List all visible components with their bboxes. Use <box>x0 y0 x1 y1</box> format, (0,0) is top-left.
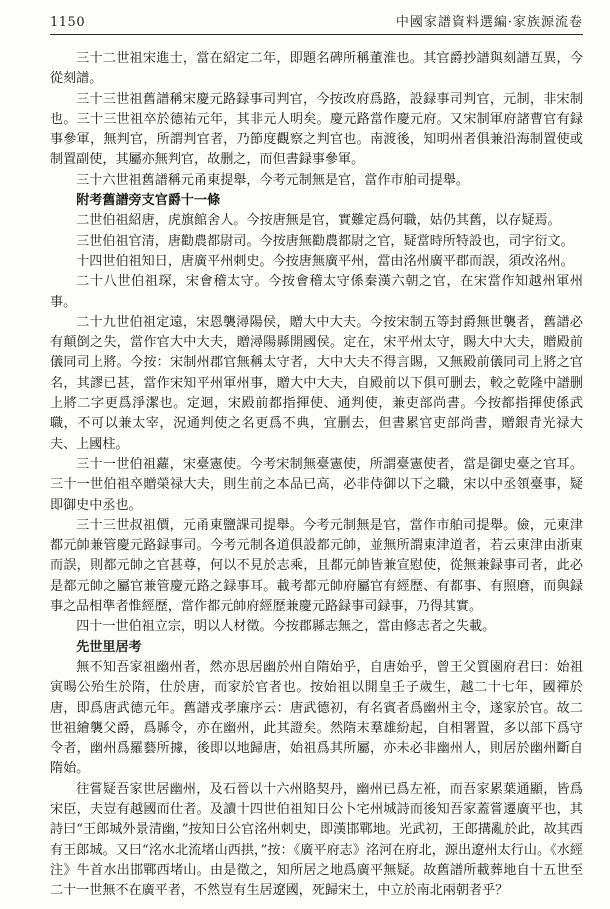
page-header: 1150 中國家譜資料選編·家族源流卷 <box>50 15 583 30</box>
section-heading: 先世里居考 <box>50 638 583 658</box>
paragraph: 十四世伯祖知日，唐廣平州刺史。今按唐無廣平州，當由洺州廣平郡而誤，須改洺州。 <box>50 252 583 272</box>
paragraph: 二十八世伯祖琛，宋會稽太守。今按會稽太守係秦漢六朝之官，在宋當作知越州軍州事。 <box>50 272 583 313</box>
paragraph: 三十三世祖舊譜稱宋慶元路録事司判官，今按改府爲路，設録事司判官，元制，非宋制也。… <box>50 90 583 171</box>
book-title: 中國家譜資料選編·家族源流卷 <box>396 15 583 30</box>
paragraph: 無不知吾家祖幽州者，然亦思居幽於州自隋始乎，自唐始乎，曾王父質園府君曰：始祖寅暘… <box>50 658 583 780</box>
page-body: 三十二世祖宋進士，當在紹定二年，即題名碑所稱董淮也。其官爵抄譜與刻譜互異，今從刻… <box>50 49 583 901</box>
paragraph: 三十六世祖舊譜稱元甬東提舉，今考元制無是官，當作市舶司提舉。 <box>50 171 583 191</box>
paragraph: 三十三世叔祖價，元甬東鹽課司提舉。今考元制無是官，當作市舶司提舉。儉，元東津都元… <box>50 516 583 617</box>
section-heading: 附考舊譜旁支官爵十一條 <box>50 191 583 211</box>
header-rule <box>50 34 583 35</box>
paragraph: 二十九世伯祖定遠，宋恩襲潯陽侯，贈大中大夫。今按宋制五等封爵無世襲者，舊譜必有顛… <box>50 313 583 455</box>
book-page: 1150 中國家譜資料選編·家族源流卷 三十二世祖宋進士，當在紹定二年，即題名碑… <box>0 0 610 909</box>
page-number: 1150 <box>50 15 85 30</box>
paragraph: 三世伯祖官清，唐勸農都尉司。今按唐無勸農都尉之官，疑當時所特設也，司字衍文。 <box>50 232 583 252</box>
paragraph: 三十一世伯祖蘿，宋臺憲使。今考宋制無臺憲使，所謂臺憲使者，當是御史臺之官耳。三十… <box>50 455 583 516</box>
paragraph: 四十一世伯祖立宗，明以人材徵。今按郡縣志無之，當由修志者之失載。 <box>50 617 583 637</box>
paragraph: 二世伯祖紹唐，虎旗館舍人。今按唐無是官，實難定爲何職，姑仍其舊，以存疑焉。 <box>50 211 583 231</box>
paragraph: 三十二世祖宋進士，當在紹定二年，即題名碑所稱董淮也。其官爵抄譜與刻譜互異，今從刻… <box>50 49 583 90</box>
paragraph: 往嘗疑吾家世居幽州，及石晉以十六州賂契丹，幽州已爲左袵，而吾家累葉通顯，皆爲宋臣… <box>50 780 583 902</box>
